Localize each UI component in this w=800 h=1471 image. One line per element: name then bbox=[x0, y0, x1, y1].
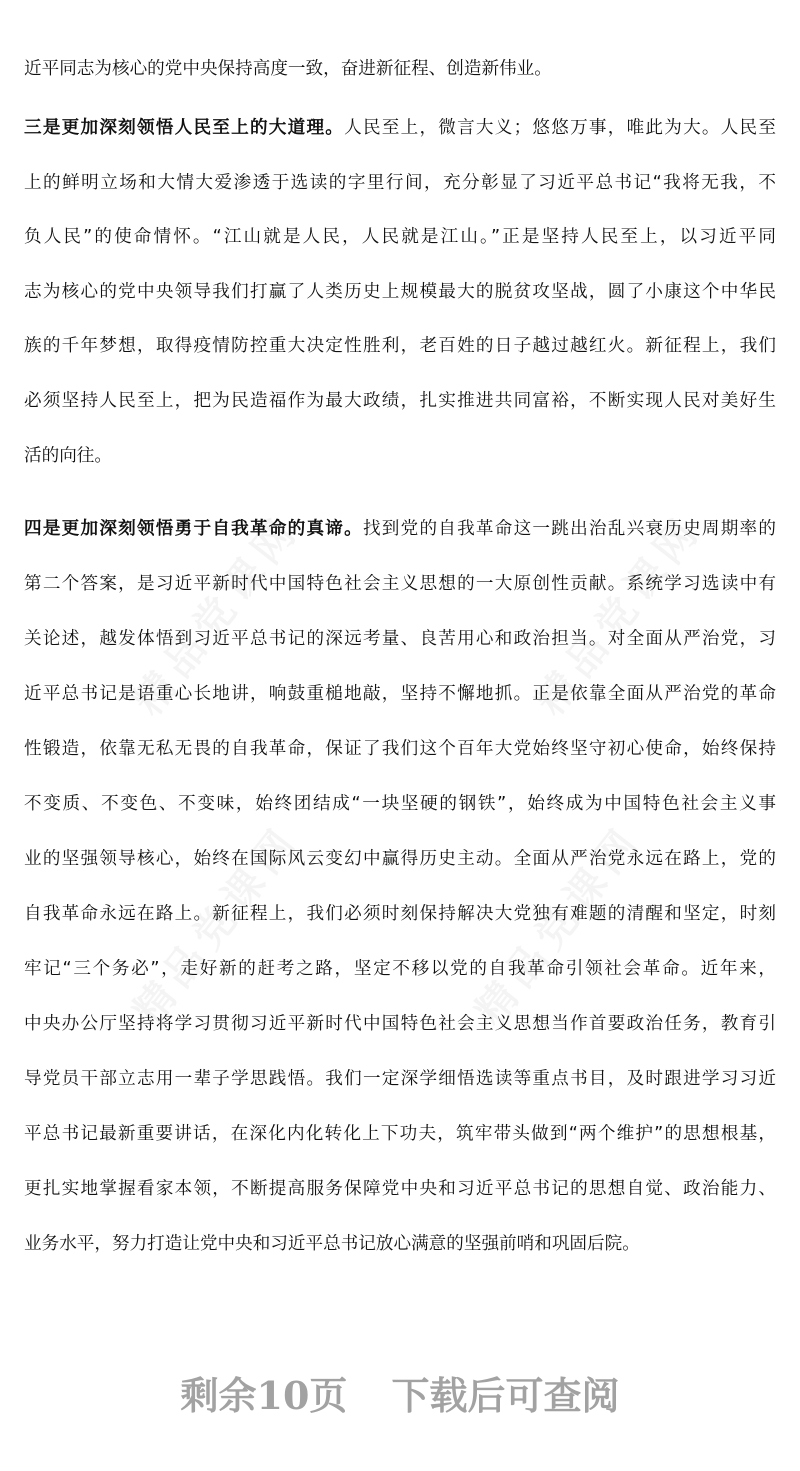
paragraph-line: 平总书记最新重要讲话，在深化内化转化上下功夫，筑牢带头做到“两个维护”的思想根基… bbox=[24, 1119, 776, 1149]
line-text: 牢记“三个务必”，走好新的赶考之路，坚定不移以党的自我革命引领社会革命。近年来， bbox=[24, 959, 776, 979]
line-text: 近平总书记是语重心长地讲，响鼓重槌地敲，坚持不懈地抓。正是依靠全面从严治党的革命 bbox=[24, 684, 776, 704]
paragraph-line: 性锻造，依靠无私无畏的自我革命，保证了我们这个百年大党始终坚守初心使命，始终保持 bbox=[24, 734, 776, 764]
line-text: 业务水平，努力打造让党中央和习近平总书记放心满意的坚强前哨和巩固后院。 bbox=[24, 1234, 640, 1254]
paragraph-line: 活的向往。 bbox=[24, 441, 776, 471]
paragraph-line: 不变质、不变色、不变味，始终团结成“一块坚硬的钢铁”，始终成为中国特色社会主义事 bbox=[24, 789, 776, 819]
paragraph-line: 业务水平，努力打造让党中央和习近平总书记放心满意的坚强前哨和巩固后院。 bbox=[24, 1229, 776, 1259]
paragraph-line: 近平总书记是语重心长地讲，响鼓重槌地敲，坚持不懈地抓。正是依靠全面从严治党的革命 bbox=[24, 679, 776, 709]
line-text: 关论述，越发体悟到习近平总书记的深远考量、良苦用心和政治担当。对全面从严治党，习 bbox=[24, 629, 776, 649]
section-heading: 四是更加深刻领悟勇于自我革命的真谛。 bbox=[24, 519, 363, 539]
line-text: 上的鲜明立场和大情大爱渗透于选读的字里行间，充分彰显了习近平总书记“我将无我，不 bbox=[24, 173, 776, 193]
paragraph-line: 自我革命永远在路上。新征程上，我们必须时刻保持解决大党独有难题的清醒和坚定，时刻 bbox=[24, 899, 776, 929]
paragraph-line: 导党员干部立志用一辈子学思践悟。我们一定深学细悟选读等重点书目，及时跟进学习习近 bbox=[24, 1064, 776, 1094]
line-text: 人民至上，微言大义；悠悠万事，唯此为大。人民至 bbox=[344, 118, 776, 138]
line-text: 不变质、不变色、不变味，始终团结成“一块坚硬的钢铁”，始终成为中国特色社会主义事 bbox=[24, 794, 776, 814]
line-text: 找到党的自我革命这一跳出治乱兴衰历史周期率的 bbox=[363, 519, 776, 539]
paragraph-line: 上的鲜明立场和大情大爱渗透于选读的字里行间，充分彰显了习近平总书记“我将无我，不 bbox=[24, 168, 776, 198]
paragraph-line: 第二个答案，是习近平新时代中国特色社会主义思想的一大原创性贡献。系统学习选读中有 bbox=[24, 569, 776, 599]
line-text: 业的坚强领导核心，始终在国际风云变幻中赢得历史主动。全面从严治党永远在路上，党的 bbox=[24, 849, 776, 869]
document-page: 精品党课网 精品党课网 精品党课网 精品党课网 近平同志为核心的党中央保持高度一… bbox=[0, 0, 800, 1471]
section-heading: 三是更加深刻领悟人民至上的大道理。 bbox=[24, 118, 344, 138]
line-text: 平总书记最新重要讲话，在深化内化转化上下功夫，筑牢带头做到“两个维护”的思想根基… bbox=[24, 1124, 776, 1144]
paragraph-line: 四是更加深刻领悟勇于自我革命的真谛。找到党的自我革命这一跳出治乱兴衰历史周期率的 bbox=[24, 514, 776, 544]
paragraph-line: 近平同志为核心的党中央保持高度一致，奋进新征程、创造新伟业。 bbox=[24, 54, 776, 84]
line-text: 必须坚持人民至上，把为民造福作为最大政绩，扎实推进共同富裕，不断实现人民对美好生 bbox=[24, 391, 776, 411]
paragraph-line: 志为核心的党中央领导我们打赢了人类历史上规模最大的脱贫攻坚战，圆了小康这个中华民 bbox=[24, 277, 776, 307]
paragraph-line: 关论述，越发体悟到习近平总书记的深远考量、良苦用心和政治担当。对全面从严治党，习 bbox=[24, 624, 776, 654]
line-text: 负人民”的使命情怀。“江山就是人民，人民就是江山。”正是坚持人民至上，以习近平同 bbox=[24, 227, 776, 247]
download-prompt-banner[interactable]: 剩余10页下载后可查阅 bbox=[0, 1366, 800, 1426]
line-text: 自我革命永远在路上。新征程上，我们必须时刻保持解决大党独有难题的清醒和坚定，时刻 bbox=[24, 904, 776, 924]
paragraph-line: 中央办公厅坚持将学习贯彻习近平新时代中国特色社会主义思想当作首要政治任务，教育引 bbox=[24, 1009, 776, 1039]
paragraph-line: 三是更加深刻领悟人民至上的大道理。人民至上，微言大义；悠悠万事，唯此为大。人民至 bbox=[24, 113, 776, 143]
paragraph-line: 牢记“三个务必”，走好新的赶考之路，坚定不移以党的自我革命引领社会革命。近年来， bbox=[24, 954, 776, 984]
line-text: 近平同志为核心的党中央保持高度一致，奋进新征程、创造新伟业。 bbox=[24, 59, 552, 79]
line-text: 志为核心的党中央领导我们打赢了人类历史上规模最大的脱贫攻坚战，圆了小康这个中华民 bbox=[24, 282, 776, 302]
line-text: 中央办公厅坚持将学习贯彻习近平新时代中国特色社会主义思想当作首要政治任务，教育引 bbox=[24, 1014, 776, 1034]
line-text: 第二个答案，是习近平新时代中国特色社会主义思想的一大原创性贡献。系统学习选读中有 bbox=[24, 574, 776, 594]
line-text: 活的向往。 bbox=[24, 446, 112, 466]
line-text: 族的千年梦想，取得疫情防控重大决定性胜利，老百姓的日子越过越红火。新征程上，我们 bbox=[24, 336, 776, 356]
paragraph-line: 族的千年梦想，取得疫情防控重大决定性胜利，老百姓的日子越过越红火。新征程上，我们 bbox=[24, 331, 776, 361]
paragraph-line: 必须坚持人民至上，把为民造福作为最大政绩，扎实推进共同富裕，不断实现人民对美好生 bbox=[24, 386, 776, 416]
line-text: 导党员干部立志用一辈子学思践悟。我们一定深学细悟选读等重点书目，及时跟进学习习近 bbox=[24, 1069, 776, 1089]
remaining-pages-label: 剩余10页 bbox=[181, 1366, 348, 1426]
line-text: 性锻造，依靠无私无畏的自我革命，保证了我们这个百年大党始终坚守初心使命，始终保持 bbox=[24, 739, 776, 759]
paragraph-line: 负人民”的使命情怀。“江山就是人民，人民就是江山。”正是坚持人民至上，以习近平同 bbox=[24, 222, 776, 252]
paragraph-line: 业的坚强领导核心，始终在国际风云变幻中赢得历史主动。全面从严治党永远在路上，党的 bbox=[24, 844, 776, 874]
paragraph-line: 更扎实地掌握看家本领，不断提高服务保障党中央和习近平总书记的思想自觉、政治能力、 bbox=[24, 1174, 776, 1204]
download-to-view-label: 下载后可查阅 bbox=[391, 1366, 619, 1426]
line-text: 更扎实地掌握看家本领，不断提高服务保障党中央和习近平总书记的思想自觉、政治能力、 bbox=[24, 1179, 776, 1199]
